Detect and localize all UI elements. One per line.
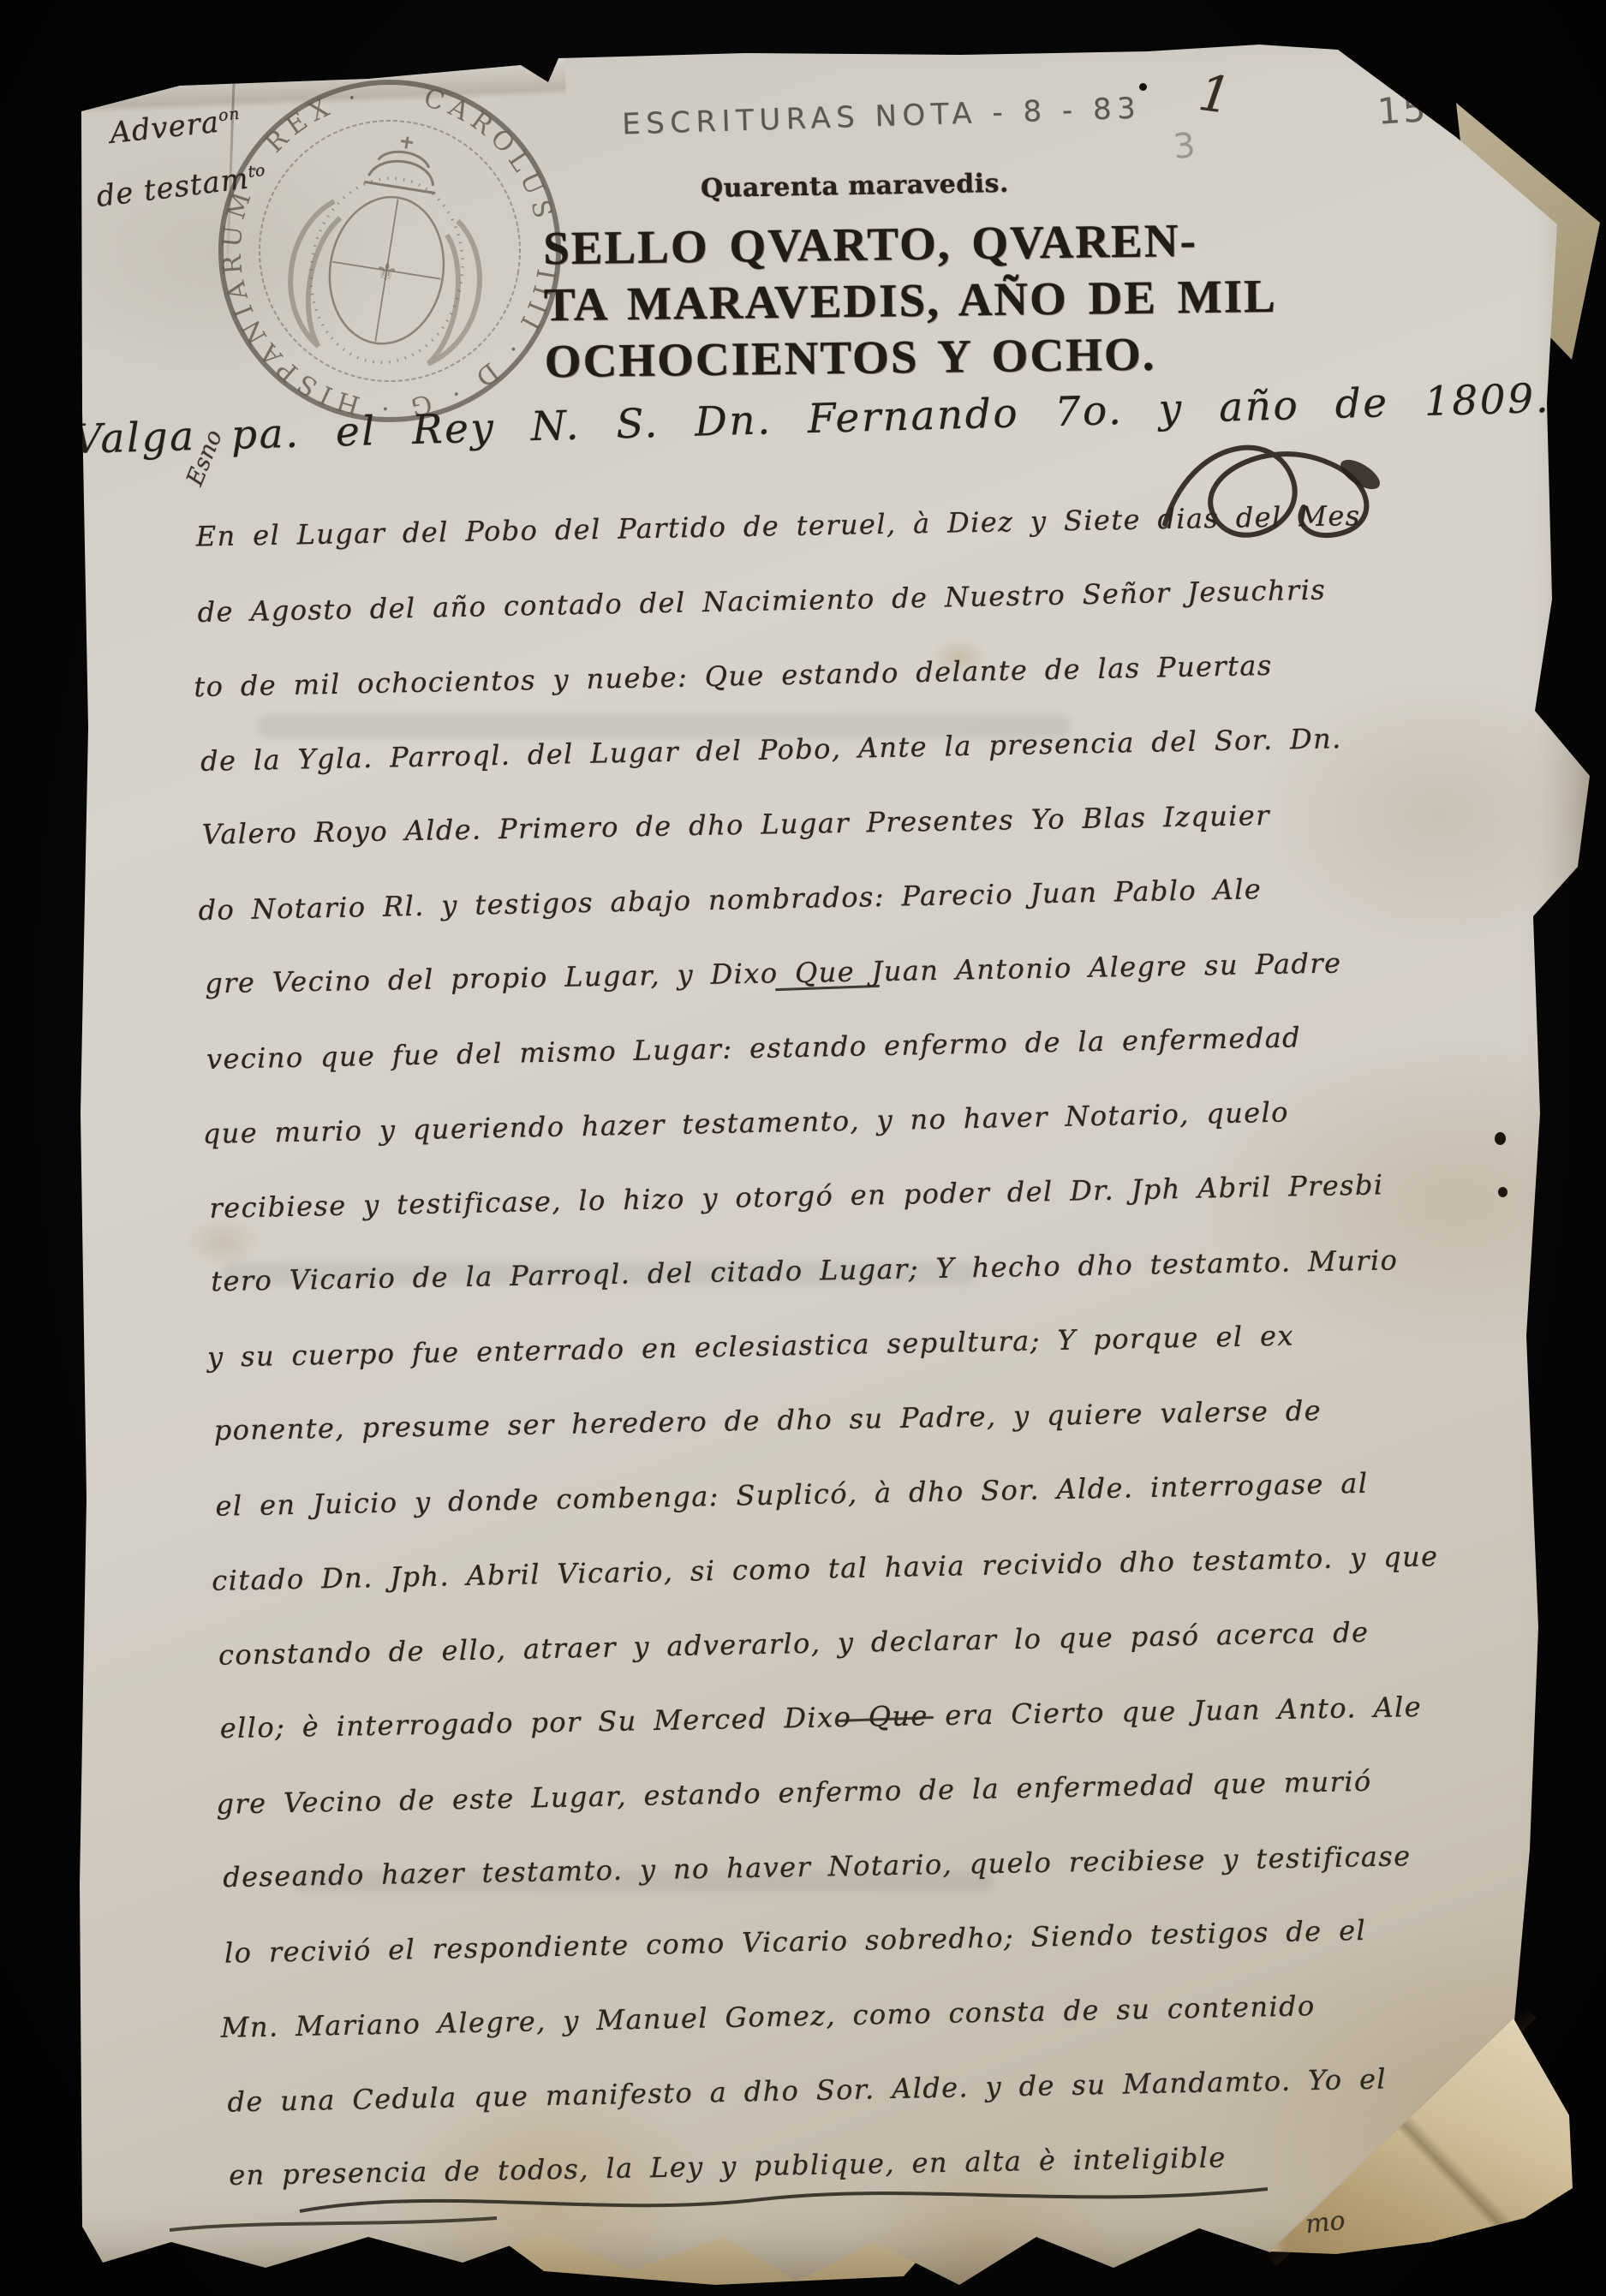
stamp-block-line1: SELLO QVARTO, QVAREN- [543,212,1276,277]
seal-crown [364,131,443,193]
stamp-block-line2: TA MARAVEDIS, AÑO DE MIL [544,268,1277,333]
photo-background: Adveraon de testamto CAROLUS · IIII · D … [0,0,1606,2296]
printed-fee-line: Quarenta maravedis. [701,169,1010,204]
revalidation-line: Valga pa. el Rey N. S. Dn. Fernando 7o. … [73,375,1551,463]
seal-collar [298,167,476,373]
body-line: vecino que fue del mismo Lugar: estando … [206,997,1474,1097]
body-line: deseando hazer testamto. y no haver Nota… [222,1818,1490,1916]
body-line: to de mil ochocientos y nuebe: Que estan… [193,624,1461,725]
body-line: do Notario Rl. y testigos abajo nombrado… [198,848,1466,948]
torn-text-fragment: mo [1304,2206,1346,2240]
paper-crease [226,67,236,268]
body-line: y su cuerpo fue enterrado en eclesiastic… [206,1295,1475,1395]
annotation-superscript: to [247,162,266,182]
pencil-numeral-3: 3 [1172,126,1197,167]
top-fold-line [85,51,566,113]
margin-mark: Esno [182,426,228,490]
body-line: ello; è interrogado por Su Merced Dixo Q… [219,1669,1488,1767]
fleur-de-lis-icon: ⚜ [373,256,400,289]
ink-underline [835,1716,934,1722]
body-line: citado Dn. Jph. Abril Vicario, si como t… [211,1518,1479,1619]
manuscript-body: En el Lugar del Pobo del Partido de teru… [195,475,1497,2214]
body-line: constando de ello, atraer y adverarlo, y… [218,1593,1486,1693]
body-line: en presencia de todos, la Ley y publique… [228,2115,1496,2213]
ink-showthrough [257,715,1071,737]
body-line: gre Vecino del propio Lugar, y Dixo Que … [205,924,1473,1022]
corner-annotation-line2: de testamto [94,159,268,214]
ink-spot [1498,1187,1507,1197]
body-line: gre Vecino de este Lugar, estando enferm… [216,1742,1484,1842]
body-line: Mn. Mariano Alegre, y Manuel Gomez, como… [220,1965,1489,2066]
notary-rubric-flourish [1156,421,1430,584]
foxing-stain [929,638,989,677]
seal-mantling [280,196,489,369]
pencil-header: ESCRITURAS NOTA - 8 - 83 [622,91,1142,141]
seal-legend-text: CAROLUS · IIII · D · G · HISPANIARUM · R… [192,54,587,449]
royal-stamp-seal: CAROLUS · IIII · D · G · HISPANIARUM · R… [179,40,600,462]
seal-inner-ring [241,102,539,400]
seal-shield-quarter-line [332,262,440,279]
body-line: de Agosto del año contado del Nacimiento… [197,550,1466,650]
body-line: En el Lugar del Pobo del Partido de teru… [195,477,1464,575]
pen-numeral: 1 [1195,63,1234,125]
seal-outer-ring [197,58,583,444]
ink-spot [1139,83,1147,91]
letterpress-stamp-block: SELLO QVARTO, QVAREN- TA MARAVEDIS, AÑO … [543,212,1278,390]
ink-showthrough [223,1263,976,1284]
body-line: Valero Royo Alde. Primero de dho Lugar P… [201,775,1470,873]
body-line: el en Juicio y donde combenga: Suplicó, … [215,1444,1484,1544]
foxing-stain [184,1216,261,1267]
ink-spot [1495,1132,1506,1145]
ink-showthrough [291,1871,994,1892]
document-sheet: Adveraon de testamto CAROLUS · IIII · D … [0,0,1606,2296]
seal-legend: CAROLUS · IIII · D · G · HISPANIARUM · R… [192,54,587,449]
body-line: recibiese y testificase, lo hizo y otorg… [209,1146,1478,1246]
body-line: lo recivió el respondiente como Vicario … [224,1891,1492,1991]
ink-underline [775,985,880,991]
annotation-text: Advera [108,105,221,151]
annotation-text: de testam [94,162,251,215]
seal-shield-quarter-line [375,200,397,342]
body-line: tero Vicario de la Parroql. del citado L… [211,1222,1479,1320]
annotation-superscript: on [218,105,241,126]
corner-annotation-line1: Adveraon [108,103,242,151]
body-line: de una Cedula que manifesto a dho Sor. A… [227,2040,1496,2140]
body-line: de la Ygla. Parroql. del Lugar del Pobo,… [200,699,1468,799]
stamp-block-line3: OCHOCIENTOS Y OCHO. [544,325,1277,390]
page-number: 15 [1376,87,1430,133]
body-line: ponente, presume ser heredero de dho su … [213,1371,1482,1469]
seal-shield [319,188,454,352]
body-line: que murio y queriendo hazer testamento, … [202,1071,1471,1172]
closing-underline-flourish [163,2175,1310,2244]
